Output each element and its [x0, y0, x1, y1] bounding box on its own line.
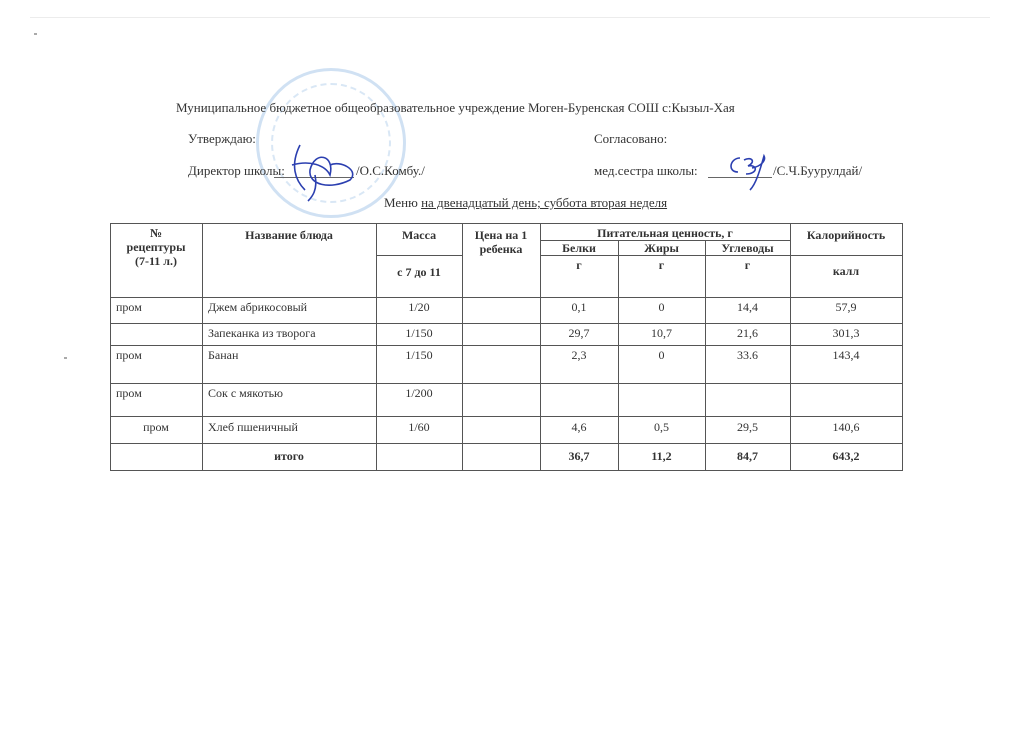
cell-calories: 143,4 [790, 348, 902, 362]
cell-name: Банан [202, 348, 376, 362]
cell-mass: 1/20 [376, 300, 462, 314]
cell-recipe: пром [110, 420, 202, 434]
menu-day: на двенадцатый день; суббота вторая неде… [421, 195, 667, 210]
cell-calories: 301,3 [790, 326, 902, 340]
header-mass: Масса [376, 228, 462, 242]
scan-speck [34, 33, 37, 35]
cell-fats: 0,5 [618, 420, 705, 434]
cell-fats: 10,7 [618, 326, 705, 340]
cell-name: Хлеб пшеничный [202, 420, 376, 434]
cell-proteins: 0,1 [540, 300, 618, 314]
cell-proteins: 29,7 [540, 326, 618, 340]
cell-fats: 0 [618, 300, 705, 314]
unit-calories: калл [790, 264, 902, 278]
header-calories: Калорийность [790, 228, 902, 242]
unit-carbs: г [705, 258, 790, 272]
cell-carbs: 21,6 [705, 326, 790, 340]
total-label: итого [202, 449, 376, 463]
header-mass-age: с 7 до 11 [376, 265, 462, 279]
nurse-signature [722, 150, 772, 195]
institution-title: Муниципальное бюджетное общеобразователь… [176, 100, 735, 115]
cell-name: Джем абрикосовый [202, 300, 376, 314]
header-carbs: Углеводы [705, 241, 790, 255]
unit-fats: г [618, 258, 705, 272]
cell-recipe: пром [110, 348, 202, 362]
total-calories: 643,2 [790, 449, 902, 463]
total-carbs: 84,7 [705, 449, 790, 463]
scan-speck [64, 357, 67, 359]
cell-mass: 1/60 [376, 420, 462, 434]
cell-carbs: 14,4 [705, 300, 790, 314]
agreed-label: Согласовано: [594, 131, 667, 146]
director-signature [270, 135, 365, 205]
cell-recipe: пром [110, 300, 202, 314]
header-recipe-no: № рецептуры (7-11 л.) [110, 226, 202, 268]
cell-name: Запеканка из творога [202, 326, 376, 340]
cell-recipe: пром [110, 386, 202, 400]
header-dish-name: Название блюда [202, 228, 376, 242]
menu-title: Меню на двенадцатый день; суббота вторая… [384, 195, 667, 210]
header-proteins: Белки [540, 241, 618, 255]
nurse-label: мед.сестра школы: [594, 163, 698, 178]
cell-proteins: 2,3 [540, 348, 618, 362]
unit-proteins: г [540, 258, 618, 272]
approve-label: Утверждаю: [188, 131, 256, 146]
scan-artifact-line [30, 17, 990, 18]
header-price: Цена на 1 ребенка [462, 228, 540, 256]
cell-calories: 57,9 [790, 300, 902, 314]
cell-calories: 140,6 [790, 420, 902, 434]
header-nutrition: Питательная ценность, г [540, 226, 790, 240]
total-proteins: 36,7 [540, 449, 618, 463]
header-fats: Жиры [618, 241, 705, 255]
cell-mass: 1/200 [376, 386, 462, 400]
total-fats: 11,2 [618, 449, 705, 463]
nurse-name: /С.Ч.Буурулдай/ [773, 163, 862, 178]
cell-mass: 1/150 [376, 348, 462, 362]
cell-mass: 1/150 [376, 326, 462, 340]
cell-proteins: 4,6 [540, 420, 618, 434]
director-name: /О.С.Комбу./ [356, 163, 425, 178]
cell-carbs: 29,5 [705, 420, 790, 434]
cell-name: Сок с мякотью [202, 386, 376, 400]
cell-fats: 0 [618, 348, 705, 362]
menu-prefix: Меню [384, 195, 421, 210]
cell-carbs: 33.6 [705, 348, 790, 362]
